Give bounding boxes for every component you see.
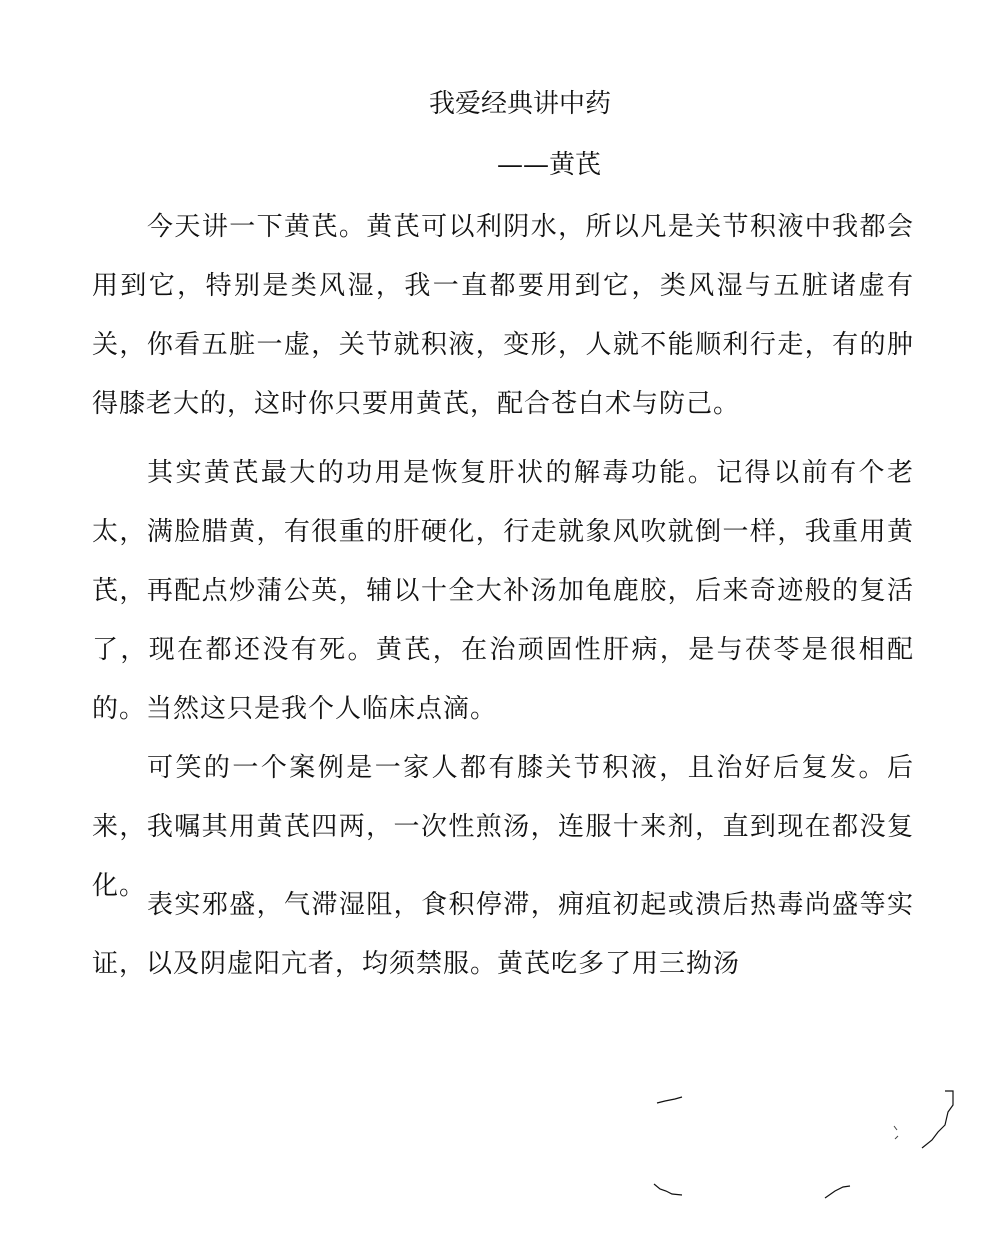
scan-artifact-marks [630,1070,980,1220]
document-subtitle: ——黄芪 [497,145,601,185]
document-title: 我爱经典讲中药 [0,84,1000,124]
paragraph-1: 今天讲一下黄芪。黄芪可以利阴水，所以凡是关节积液中我都会用到它，特别是类风湿，我… [92,198,914,434]
document-page: 我爱经典讲中药 ——黄芪 今天讲一下黄芪。黄芪可以利阴水，所以凡是关节积液中我都… [0,0,1000,1252]
paragraph-2: 其实黄芪最大的功用是恢复肝状的解毒功能。记得以前有个老太，满脸腊黄，有很重的肝硬… [92,444,914,739]
paragraph-4: 表实邪盛，气滞湿阻，食积停滞，痈疽初起或溃后热毒尚盛等实证，以及阴虚阳亢者，均须… [92,876,914,994]
